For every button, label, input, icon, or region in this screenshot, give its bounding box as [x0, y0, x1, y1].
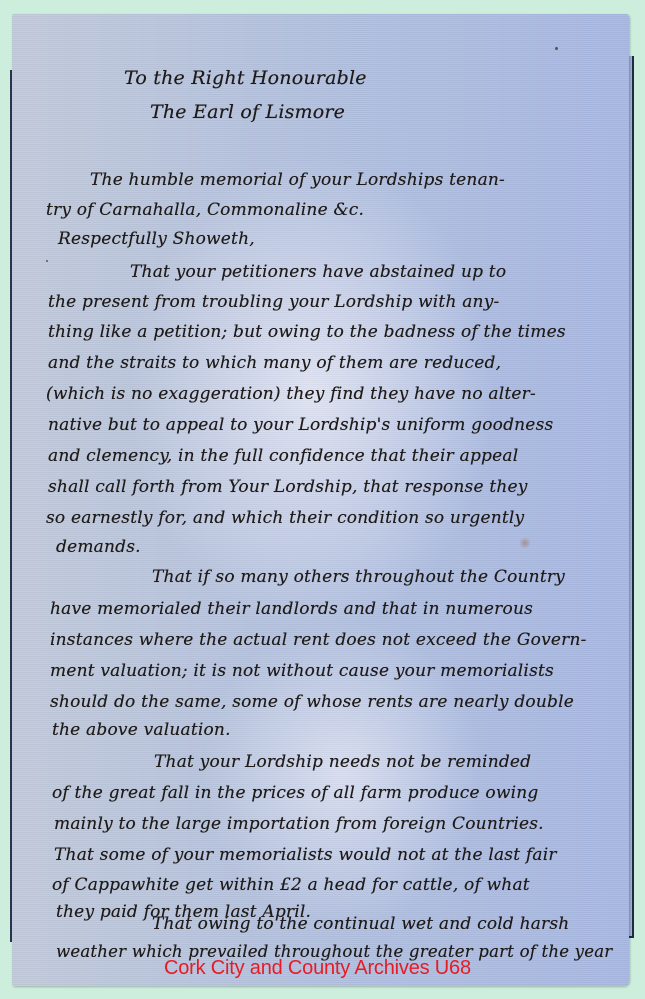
- p1-line-7: and clemency, in the full confidence tha…: [48, 446, 518, 466]
- p1-line-6: native but to appeal to your Lordship's …: [48, 415, 553, 435]
- p2-line-4: ment valuation; it is not without cause …: [50, 661, 554, 681]
- p1-line-3: thing like a petition; but owing to the …: [48, 322, 566, 342]
- p1-line-2: the present from troubling your Lordship…: [48, 292, 499, 312]
- p1-line-1: That your petitioners have abstained up …: [130, 262, 506, 282]
- p1-line-8: shall call forth from Your Lordship, tha…: [48, 477, 528, 497]
- p2-line-2: have memorialed their landlords and that…: [50, 599, 533, 619]
- p1-line-10: demands.: [56, 537, 141, 557]
- manuscript-page: To the Right Honourable The Earl of Lism…: [12, 14, 629, 986]
- archive-watermark: Cork City and County Archives U68: [164, 957, 471, 980]
- manuscript-text: To the Right Honourable The Earl of Lism…: [12, 14, 629, 986]
- p3-line-2: of the great fall in the prices of all f…: [52, 783, 538, 803]
- p4-line-1: That owing to the continual wet and cold…: [152, 914, 569, 934]
- p1-line-4: and the straits to which many of them ar…: [48, 353, 501, 373]
- p3-line-5: of Cappawhite get within £2 a head for c…: [52, 875, 530, 895]
- p2-line-5: should do the same, some of whose rents …: [50, 692, 574, 712]
- p2-line-3: instances where the actual rent does not…: [50, 630, 587, 650]
- p1-line-9: so earnestly for, and which their condit…: [46, 508, 524, 528]
- intro-line-2: try of Carnahalla, Commonaline &c.: [46, 200, 364, 220]
- p3-line-4: That some of your memorialists would not…: [54, 845, 557, 865]
- heading-line-2: The Earl of Lismore: [150, 102, 345, 122]
- p1-line-5: (which is no exaggeration) they find the…: [46, 384, 536, 404]
- intro-line-1: The humble memorial of your Lordships te…: [90, 170, 505, 190]
- intro-line-3: Respectfully Showeth,: [58, 229, 255, 249]
- p3-line-1: That your Lordship needs not be reminded: [154, 752, 531, 772]
- p3-line-3: mainly to the large importation from for…: [54, 814, 544, 834]
- p2-line-6: the above valuation.: [52, 720, 231, 740]
- heading-line-1: To the Right Honourable: [124, 68, 367, 88]
- p2-line-1: That if so many others throughout the Co…: [152, 567, 565, 587]
